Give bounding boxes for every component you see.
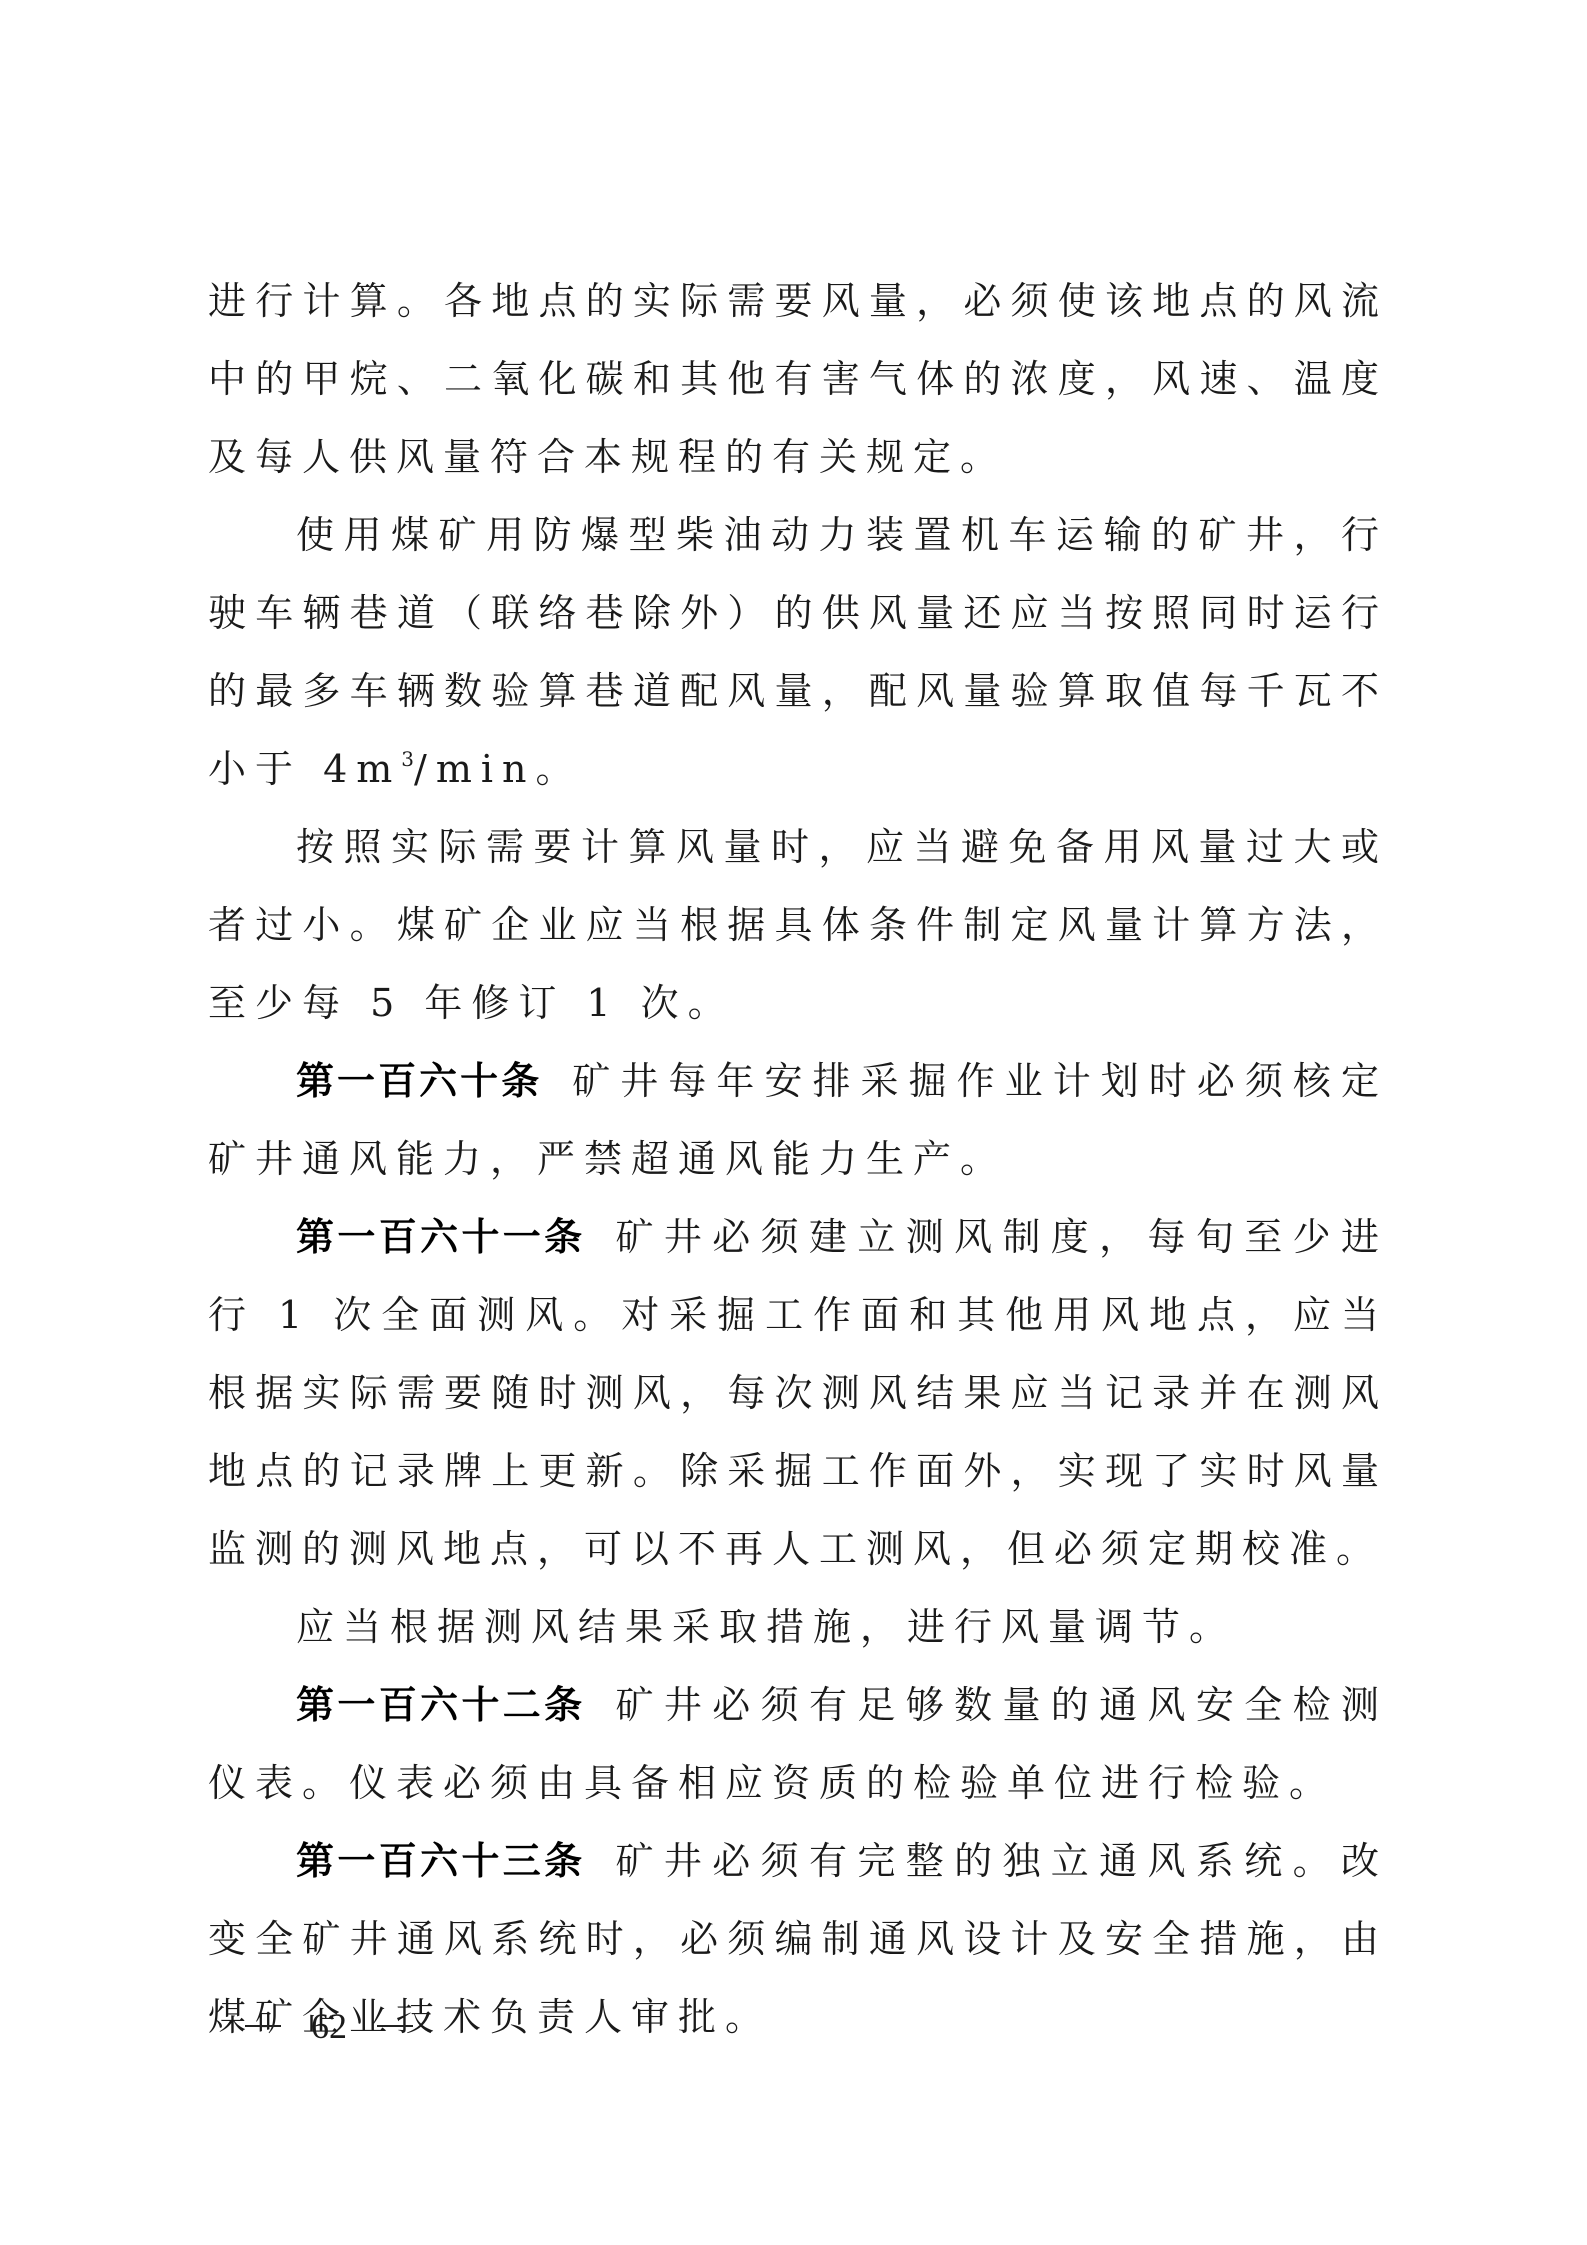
dash-left-decoration	[245, 2025, 281, 2027]
superscript-cubed: 3	[401, 747, 414, 771]
article-162: 第一百六十二条矿井必须有足够数量的通风安全检测仪表。仪表必须由具备相应资质的检验…	[208, 1666, 1388, 1822]
article-160: 第一百六十条矿井每年安排采掘作业计划时必须核定矿井通风能力，严禁超通风能力生产。	[208, 1042, 1388, 1198]
paragraph-diesel-locomotive-ventilation: 使用煤矿用防爆型柴油动力装置机车运输的矿井，行驶车辆巷道（联络巷除外）的供风量还…	[208, 496, 1388, 808]
dash-right-decoration	[377, 2025, 413, 2027]
document-page: 进行计算。各地点的实际需要风量，必须使该地点的风流中的甲烷、二氧化碳和其他有害气…	[208, 262, 1388, 2056]
article-heading: 第一百六十二条	[296, 1683, 586, 1727]
article-heading: 第一百六十一条	[296, 1215, 586, 1259]
article-heading: 第一百六十条	[296, 1059, 542, 1103]
article-161: 第一百六十一条矿井必须建立测风制度，每旬至少进行 1 次全面测风。对采掘工作面和…	[208, 1198, 1388, 1588]
paragraph-text: 使用煤矿用防爆型柴油动力装置机车运输的矿井，行驶车辆巷道（联络巷除外）的供风量还…	[208, 513, 1388, 791]
paragraph-air-volume-calculation: 按照实际需要计算风量时，应当避免备用风量过大或者过小。煤矿企业应当根据具体条件制…	[208, 808, 1388, 1042]
page-number: 62	[245, 2005, 413, 2047]
paragraph-text: /min。	[414, 747, 582, 791]
paragraph-air-regulation: 应当根据测风结果采取措施，进行风量调节。	[208, 1588, 1388, 1666]
paragraph-continuation: 进行计算。各地点的实际需要风量，必须使该地点的风流中的甲烷、二氧化碳和其他有害气…	[208, 262, 1388, 496]
article-heading: 第一百六十三条	[296, 1839, 586, 1883]
page-number-value: 62	[311, 2005, 347, 2047]
article-body: 矿井必须建立测风制度，每旬至少进行 1 次全面测风。对采掘工作面和其他用风地点，…	[208, 1215, 1388, 1571]
